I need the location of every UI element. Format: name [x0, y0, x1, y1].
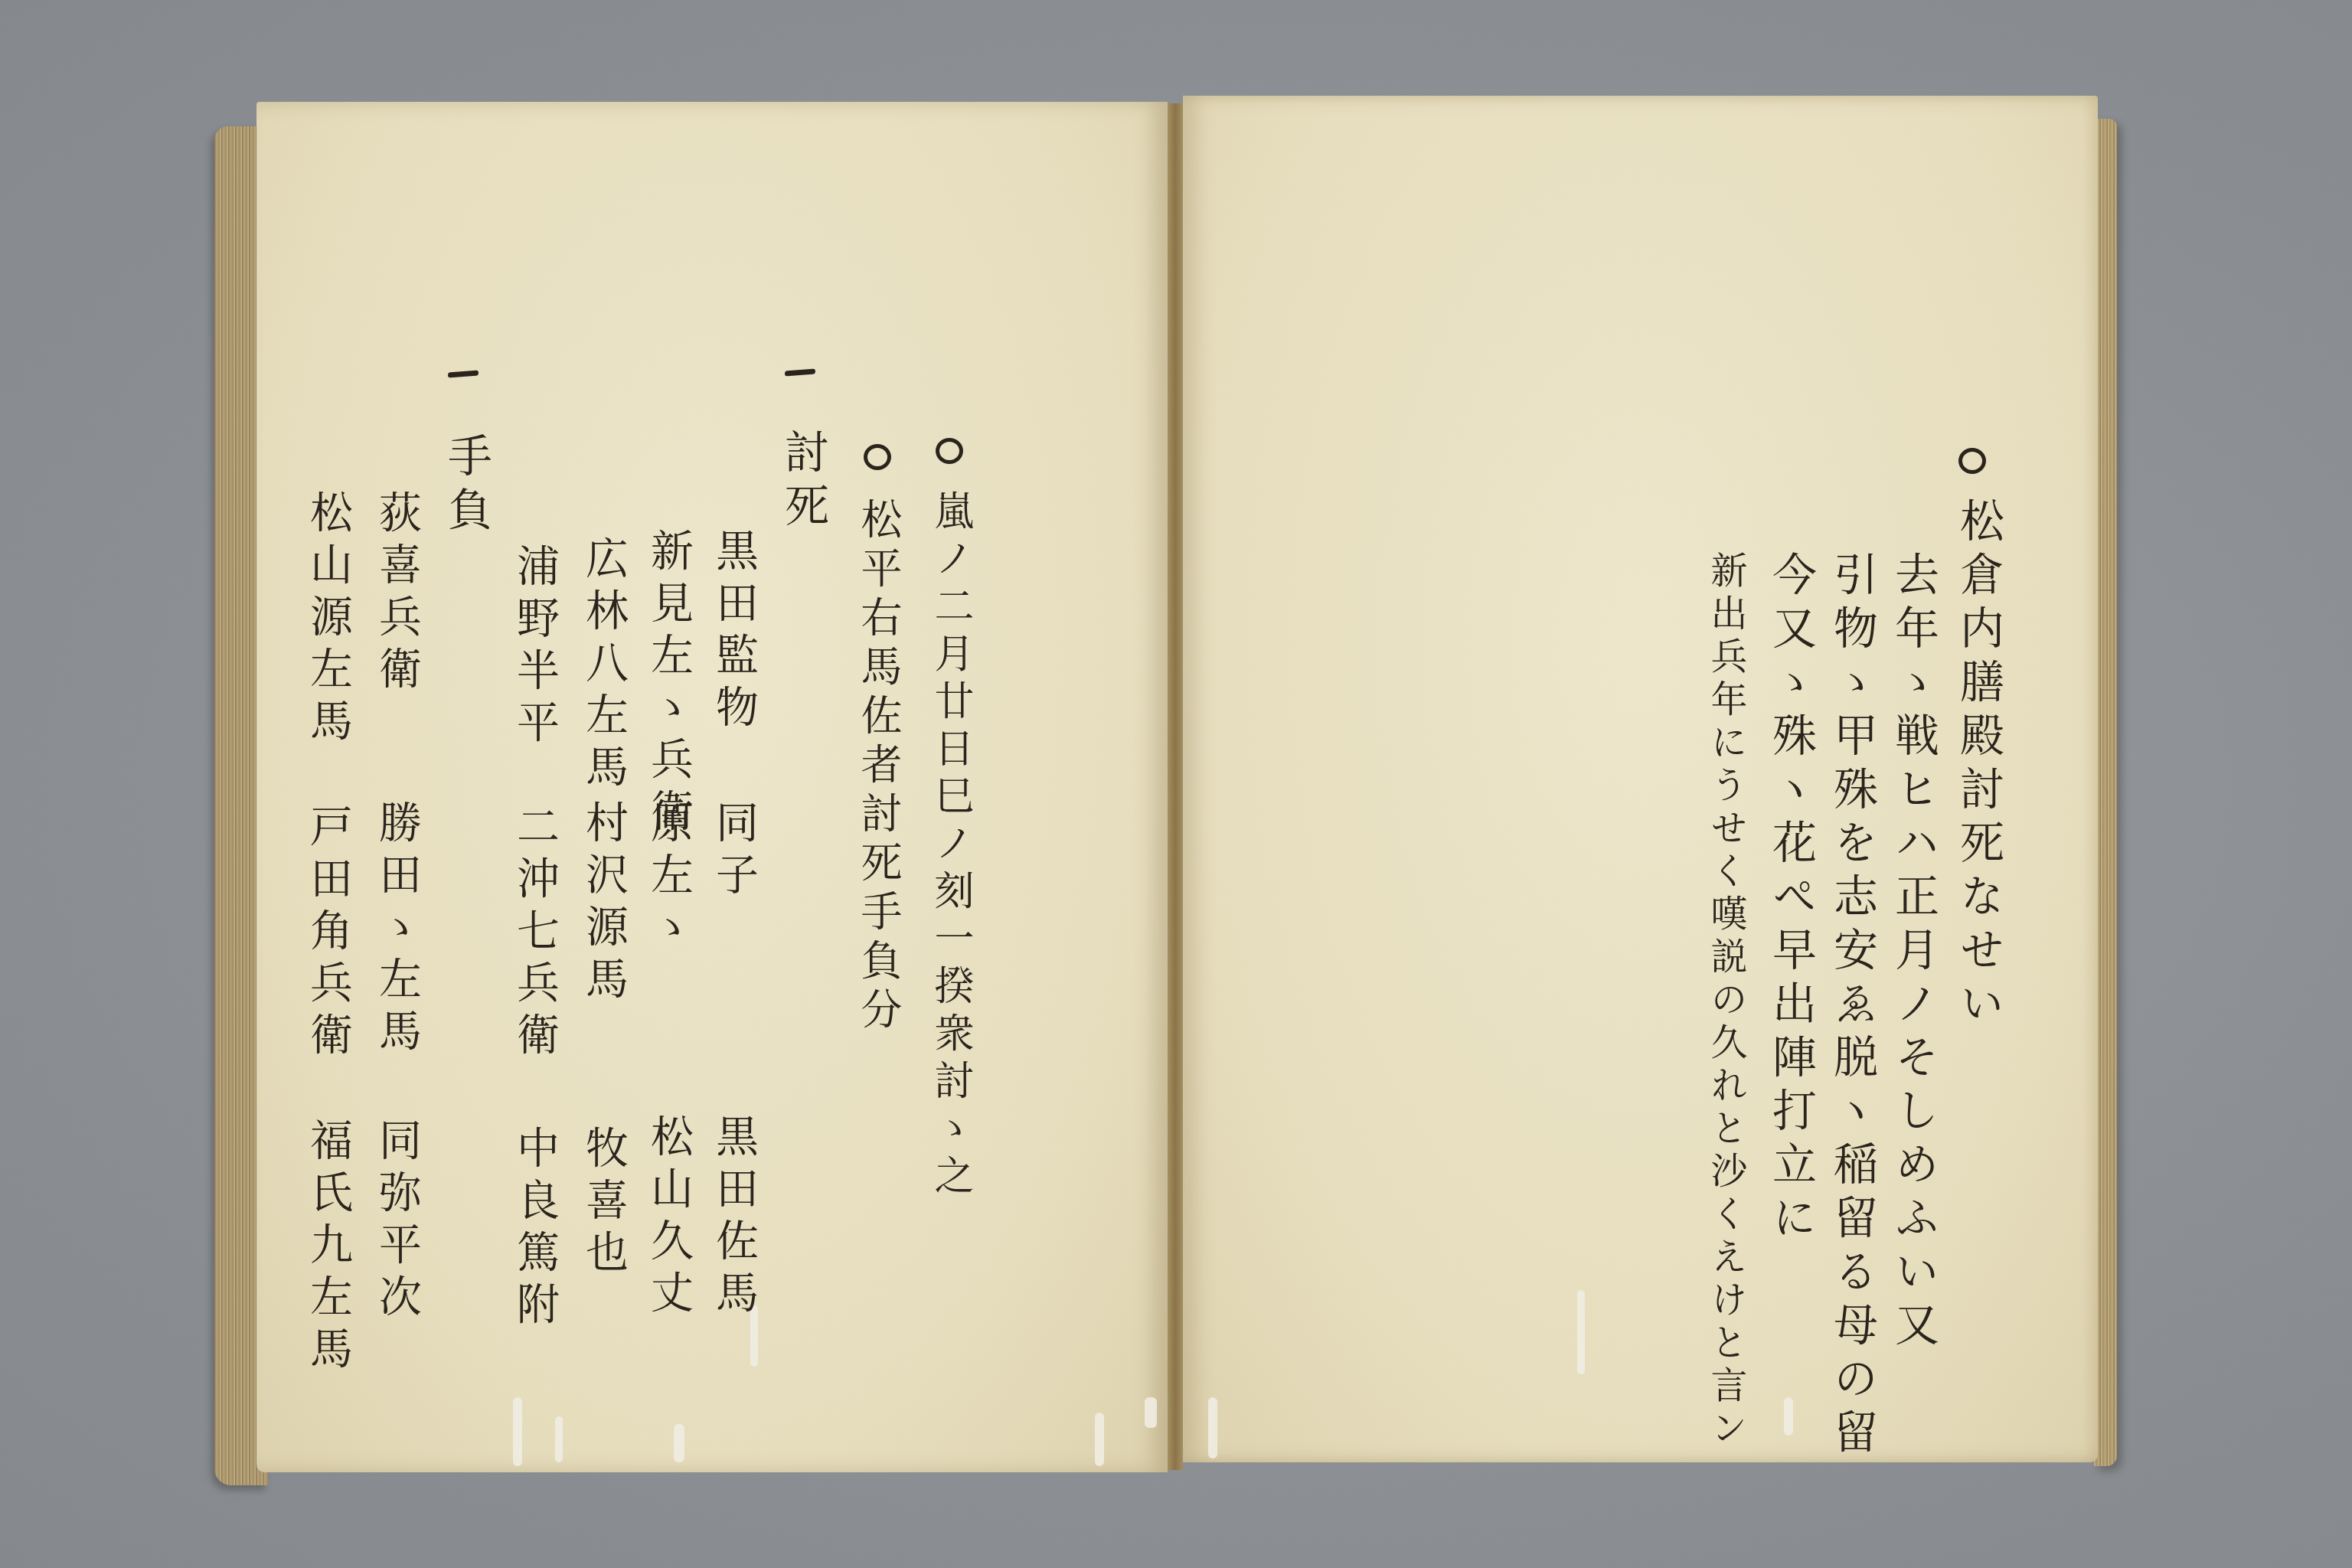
name-entry: 浦野半平 — [513, 544, 556, 752]
name-entry: 中良篤附 — [513, 1125, 556, 1334]
name-entry: 牧喜也 — [582, 1125, 625, 1282]
name-entry: 勝田ゝ左馬 — [375, 800, 418, 1060]
name-entry: 同子 — [712, 800, 755, 904]
right-column-2: 去年ゝ戦ヒハ正月ノそしめふい又 — [1891, 551, 1935, 1355]
name-entry: 戸田角兵衛 — [306, 804, 349, 1064]
name-entry: 松山久丈 — [647, 1114, 690, 1322]
name-entry: 村沢源馬 — [582, 800, 625, 1008]
name-entry: 福氏九左馬 — [306, 1118, 349, 1378]
name-entry: 荻喜兵衛 — [375, 490, 418, 698]
paper-damage — [674, 1424, 684, 1462]
paper-damage — [1208, 1397, 1217, 1459]
paper-damage — [1577, 1290, 1585, 1374]
paper-damage — [513, 1397, 522, 1466]
section-title-killed: 討死 — [781, 429, 825, 536]
paper-damage — [1145, 1397, 1157, 1428]
right-column-3: 引物ゝ甲殊を志安ゑ脱ヽ稲留る母の留 — [1830, 551, 1874, 1462]
name-entry: 黒田佐馬 — [712, 1114, 755, 1322]
paper-damage — [1784, 1397, 1793, 1436]
name-entry: 黒田監物 — [712, 528, 755, 737]
left-header-2: 松平右馬佐者討死手負分 — [857, 498, 899, 1037]
right-column-5: 新出兵年にうせく嘆説の久れと沙くえけと言ン — [1707, 551, 1744, 1452]
paper-damage — [555, 1416, 563, 1462]
circle-marker — [864, 444, 891, 470]
name-entry: 広林八左馬 — [582, 536, 625, 796]
name-entry: 新見左ゝ兵衛 — [647, 528, 690, 841]
name-entry: 二沖七兵衛 — [513, 804, 556, 1064]
paper-damage — [1095, 1413, 1104, 1466]
circle-marker — [1958, 448, 1986, 474]
name-entry: 同弥平次 — [375, 1118, 418, 1326]
name-entry: 松山源左馬 — [306, 490, 349, 750]
circle-marker — [936, 438, 963, 464]
right-column-4: 今又ゝ殊ヽ花ぺ早出陣打立に — [1769, 551, 1813, 1248]
section-title-wounded: 手負 — [444, 433, 488, 540]
right-column-1: 松倉内膳殿討死なせい — [1956, 498, 2001, 1034]
left-header-1: 嵐ノ二月廿日巳ノ刻一揆衆討ゝ之 — [930, 490, 970, 1202]
book-gutter — [1168, 103, 1183, 1470]
name-entry: 原左ゝ — [647, 800, 690, 956]
